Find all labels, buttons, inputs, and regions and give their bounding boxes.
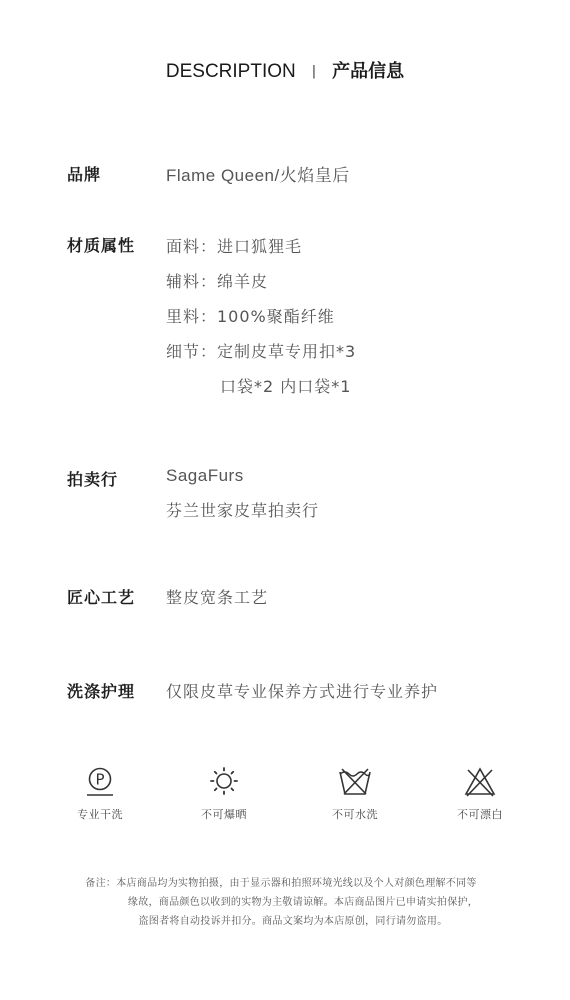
note-line-1: 备注：本店商品均为实物拍摄，由于显示器和拍照环境光线以及个人对颜色理解不同等 xyxy=(0,874,566,889)
care-item-no-wash: 不可水洗 xyxy=(315,766,395,822)
spec-value-auction-zh: 芬兰世家皮草拍卖行 xyxy=(166,498,319,521)
care-label: 专业干洗 xyxy=(60,806,140,822)
spec-value-brand: Flame Queen/火焰皇后 xyxy=(166,161,350,186)
page-title: DESCRIPTION|产品信息 xyxy=(0,57,570,83)
spec-label-brand: 品牌 xyxy=(67,162,101,185)
spec-label-auction: 拍卖行 xyxy=(67,467,118,490)
spec-value-auction-en: SagaFurs xyxy=(166,466,244,486)
spec-value-detail: 细节：定制皮草专用扣*3 xyxy=(166,339,356,362)
spec-value-accessory: 辅料：绵羊皮 xyxy=(166,269,268,292)
title-separator: | xyxy=(312,64,316,79)
no-sun-icon xyxy=(207,766,241,798)
title-en: DESCRIPTION xyxy=(166,61,296,82)
care-label: 不可水洗 xyxy=(315,806,395,822)
note-line-3: 盗图者将自动投诉并扣分。商品文案均为本店原创，同行请勿盗用。 xyxy=(8,912,570,927)
spec-value-pockets: 口袋*2 内口袋*1 xyxy=(220,374,351,397)
care-label: 不可漂白 xyxy=(440,806,520,822)
spec-value-care: 仅限皮草专业保养方式进行专业养护 xyxy=(166,679,438,702)
care-item-dry-clean: P 专业干洗 xyxy=(60,766,140,822)
professional-dry-clean-icon: P xyxy=(83,766,117,798)
spec-value-craft: 整皮宽条工艺 xyxy=(166,585,268,608)
no-bleach-icon xyxy=(462,766,498,798)
spec-label-care: 洗涤护理 xyxy=(67,679,135,702)
care-item-no-sun: 不可爆晒 xyxy=(184,766,264,822)
care-item-no-bleach: 不可漂白 xyxy=(440,766,520,822)
no-wash-icon xyxy=(335,766,375,798)
spec-label-craft: 匠心工艺 xyxy=(67,585,135,608)
spec-value-lining: 里料：100%聚酯纤维 xyxy=(166,304,335,327)
spec-label-material: 材质属性 xyxy=(67,233,135,256)
care-label: 不可爆晒 xyxy=(184,806,264,822)
title-zh: 产品信息 xyxy=(332,61,404,82)
note-line-2: 缘故，商品颜色以收到的实物为主敬请谅解。本店商品图片已申请实拍保护， xyxy=(18,893,570,908)
svg-text:P: P xyxy=(95,771,104,789)
spec-value-fabric: 面料：进口狐狸毛 xyxy=(166,234,302,257)
